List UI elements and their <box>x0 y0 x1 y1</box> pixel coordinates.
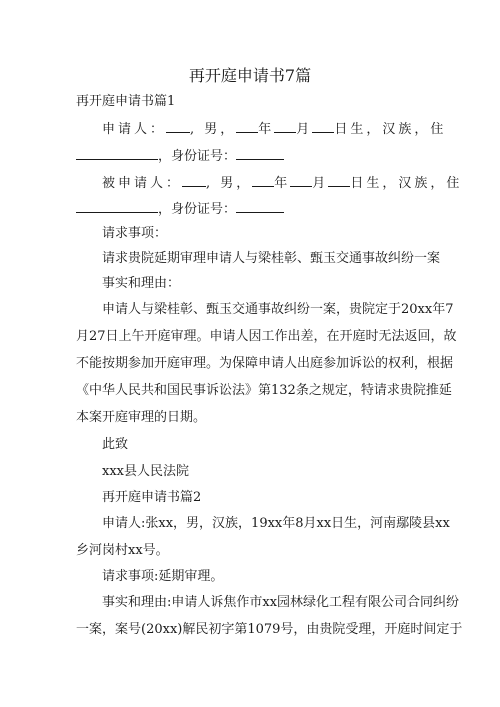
facts-line-5: 本案开庭审理的日期。 <box>76 410 426 426</box>
closing: 此致 <box>102 437 426 453</box>
section2-facts-line-2: 一案，案号(20xx)解民初字第1079号，由贵院受理，开庭时间定于 <box>76 622 426 638</box>
address-blank <box>76 148 158 160</box>
document-title: 再开庭申请书7篇 <box>0 66 500 86</box>
name-blank <box>182 175 206 187</box>
applicant-line: 申请人：, 男，年月日生，汉族，住 <box>102 121 426 138</box>
id-blank <box>236 201 284 213</box>
applicant-label: 申请人： <box>102 122 166 137</box>
applicant-id-line: ，身份证号： <box>76 148 426 165</box>
facts-line-3: 不能按期参加开庭审理。为保障申请人出庭参加诉讼的权利，根据 <box>76 356 426 372</box>
request-text: 请求贵院延期审理申请人与梁桂彰、甄玉交通事故纠纷一案 <box>102 251 426 267</box>
id-blank <box>236 148 284 160</box>
court-name: xxx县人民法院 <box>102 464 426 480</box>
section2-applicant-line-1: 申请人:张xx，男，汉族，19xx年8月xx日生，河南鄢陵县xx <box>102 516 426 532</box>
facts-line-4: 《中华人民共和国民事诉讼法》第132条之规定，特请求贵院推延 <box>76 383 426 399</box>
respondent-id-line: ，身份证号： <box>76 201 426 218</box>
facts-line-2: 月27日上午开庭审理。申请人因工作出差，在开庭时无法返回，故 <box>76 329 426 345</box>
month-blank <box>274 121 296 133</box>
facts-line-1: 申请人与梁桂彰、甄玉交通事故纠纷一案，贵院定于20xx年7 <box>102 302 426 318</box>
name-blank <box>166 121 190 133</box>
section2-facts-line-1: 事实和理由:申请人诉焦作市xx园林绿化工程有限公司合同纠纷 <box>102 595 426 611</box>
section2-applicant-line-2: 乡河岗村xx号。 <box>76 543 426 559</box>
respondent-line: 被申请人：, 男，年月日生，汉族，住 <box>102 175 426 192</box>
respondent-label: 被申请人： <box>102 176 182 191</box>
year-blank <box>236 121 258 133</box>
day-blank <box>328 175 350 187</box>
address-blank <box>76 201 158 213</box>
month-blank <box>290 175 312 187</box>
request-heading: 请求事项： <box>102 226 426 242</box>
document-page: 再开庭申请书7篇 再开庭申请书篇1 申请人：, 男，年月日生，汉族，住 ，身份证… <box>0 0 500 707</box>
section2-request: 请求事项:延期审理。 <box>102 569 426 585</box>
facts-heading: 事实和理由： <box>102 276 426 292</box>
section2-heading: 再开庭申请书篇2 <box>102 490 426 506</box>
year-blank <box>252 175 274 187</box>
day-blank <box>312 121 334 133</box>
section1-heading: 再开庭申请书篇1 <box>76 94 426 110</box>
